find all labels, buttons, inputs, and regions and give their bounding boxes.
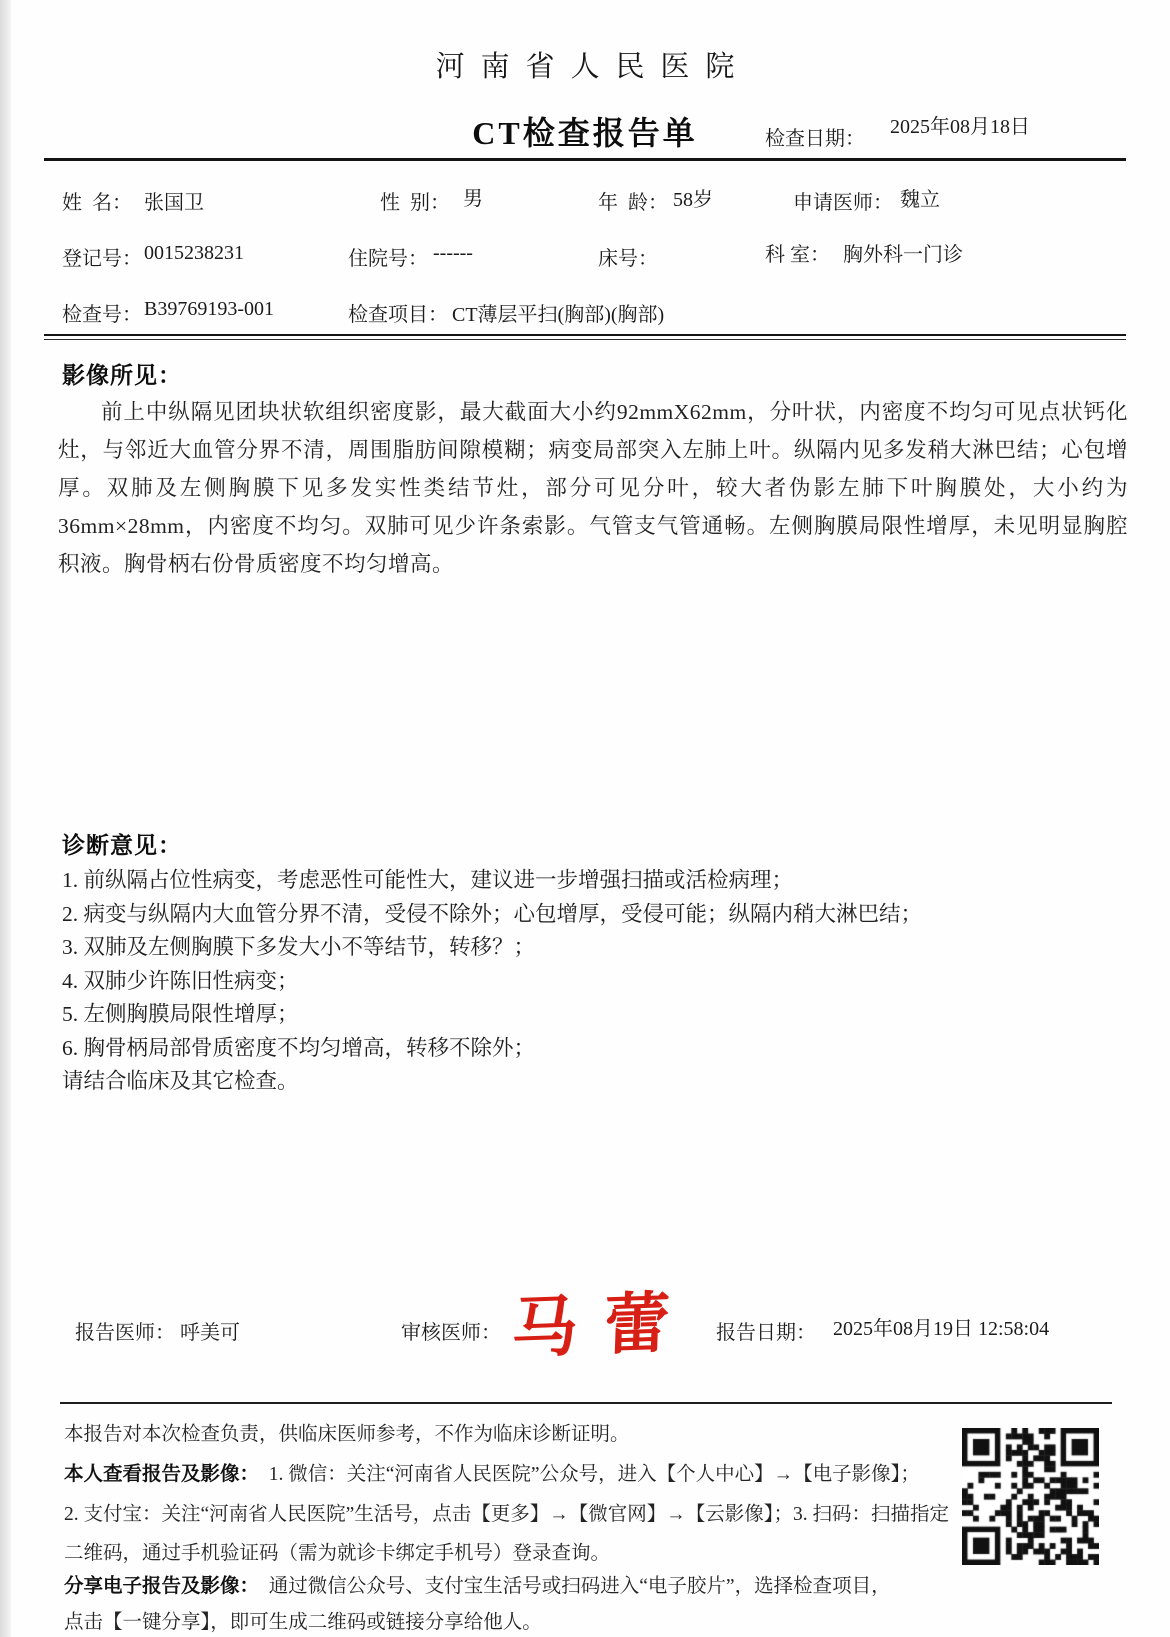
department-label: 科 室： xyxy=(765,238,830,267)
department-value: 胸外科一门诊 xyxy=(843,238,963,267)
registration-no-value: 0015238231 xyxy=(144,242,244,265)
age-label: 年 龄： xyxy=(598,186,668,215)
registration-no-label: 登记号： xyxy=(62,242,142,271)
header-divider xyxy=(44,158,1126,161)
bed-no-label: 床号： xyxy=(598,242,658,271)
report-date-value: 2025年08月19日 12:58:04 xyxy=(833,1312,1049,1341)
qr-code-icon xyxy=(962,1428,1099,1565)
diagnosis-item: 3. 双肺及左侧胸膜下多发大小不等结节，转移？； xyxy=(62,931,1122,965)
footer-share-text1: 通过微信公众号、支付宝生活号或扫码进入“电子胶片”，选择检查项目， xyxy=(259,1576,891,1597)
exam-no-value: B39769193-001 xyxy=(144,298,274,321)
footer-share-line1: 分享电子报告及影像： 通过微信公众号、支付宝生活号或扫码进入“电子胶片”，选择检… xyxy=(64,1570,891,1598)
footer-share-line2: 点击【一键分享】，即可生成二维码或链接分享给他人。 xyxy=(64,1606,542,1634)
review-doctor-signature: 马蕾 xyxy=(510,1269,697,1371)
exam-item-label: 检查项目： xyxy=(348,298,448,327)
admission-no-value: ------ xyxy=(433,242,473,265)
exam-date-value: 2025年08月18日 xyxy=(890,110,1030,139)
hospital-name: 河南省人民医院 xyxy=(0,44,1170,85)
section-divider-thin xyxy=(44,339,1126,340)
ct-report-page: 河南省人民医院 CT检查报告单 检查日期： 2025年08月18日 姓 名： 张… xyxy=(0,0,1170,1637)
gender-value: 男 xyxy=(463,182,483,211)
requesting-doctor-label: 申请医师： xyxy=(793,186,893,215)
footer-share-label: 分享电子报告及影像： xyxy=(64,1576,259,1597)
findings-body: 前上中纵隔见团块状软组织密度影，最大截面大小约92mmX62mm，分叶状，内密度… xyxy=(58,393,1128,583)
footer-view-line1: 本人查看报告及影像： 1. 微信：关注“河南省人民医院”公众号，进入【个人中心】… xyxy=(64,1458,920,1486)
exam-item-value: CT薄层平扫(胸部)(胸部) xyxy=(452,298,664,327)
age-value: 58岁 xyxy=(673,183,713,212)
footer-view-text1: 1. 微信：关注“河南省人民医院”公众号，进入【个人中心】→【电子影像】； xyxy=(259,1464,920,1485)
report-date-label: 报告日期： xyxy=(716,1316,816,1345)
footer-divider xyxy=(60,1402,1112,1404)
admission-no-label: 住院号： xyxy=(348,242,428,271)
section-divider-thick xyxy=(44,334,1126,336)
report-doctor-value: 呼美可 xyxy=(180,1316,240,1345)
name-label: 姓 名： xyxy=(62,186,132,215)
footer-disclaimer: 本报告对本次检查负责，供临床医师参考，不作为临床诊断证明。 xyxy=(64,1418,630,1446)
diagnosis-item: 2. 病变与纵隔内大血管分界不清，受侵不除外；心包增厚，受侵可能；纵隔内稍大淋巴… xyxy=(62,898,1122,932)
diagnosis-heading: 诊断意见： xyxy=(62,827,182,860)
report-doctor-label: 报告医师： xyxy=(75,1316,175,1345)
diagnosis-item: 请结合临床及其它检查。 xyxy=(62,1065,1122,1099)
review-doctor-label: 审核医师： xyxy=(401,1316,501,1345)
exam-date-label: 检查日期： xyxy=(765,122,865,151)
scan-edge-shadow xyxy=(0,0,11,1637)
footer-view-line3: 二维码，通过手机验证码（需为就诊卡绑定手机号）登录查询。 xyxy=(64,1537,610,1565)
gender-label: 性 别： xyxy=(380,186,450,215)
diagnosis-item: 6. 胸骨柄局部骨质密度不均匀增高，转移不除外； xyxy=(62,1032,1122,1066)
footer-view-line2: 2. 支付宝：关注“河南省人民医院”生活号，点击【更多】→【微官网】→【云影像】… xyxy=(64,1498,949,1526)
name-value: 张国卫 xyxy=(144,186,204,215)
findings-heading: 影像所见： xyxy=(62,357,182,390)
footer-view-label: 本人查看报告及影像： xyxy=(64,1464,259,1485)
diagnosis-item: 4. 双肺少许陈旧性病变； xyxy=(62,965,1122,999)
diagnosis-list: 1. 前纵隔占位性病变，考虑恶性可能性大，建议进一步增强扫描或活检病理； 2. … xyxy=(62,864,1122,1099)
requesting-doctor-value: 魏立 xyxy=(900,183,940,212)
diagnosis-item: 5. 左侧胸膜局限性增厚； xyxy=(62,998,1122,1032)
diagnosis-item: 1. 前纵隔占位性病变，考虑恶性可能性大，建议进一步增强扫描或活检病理； xyxy=(62,864,1122,898)
exam-no-label: 检查号： xyxy=(62,298,142,327)
